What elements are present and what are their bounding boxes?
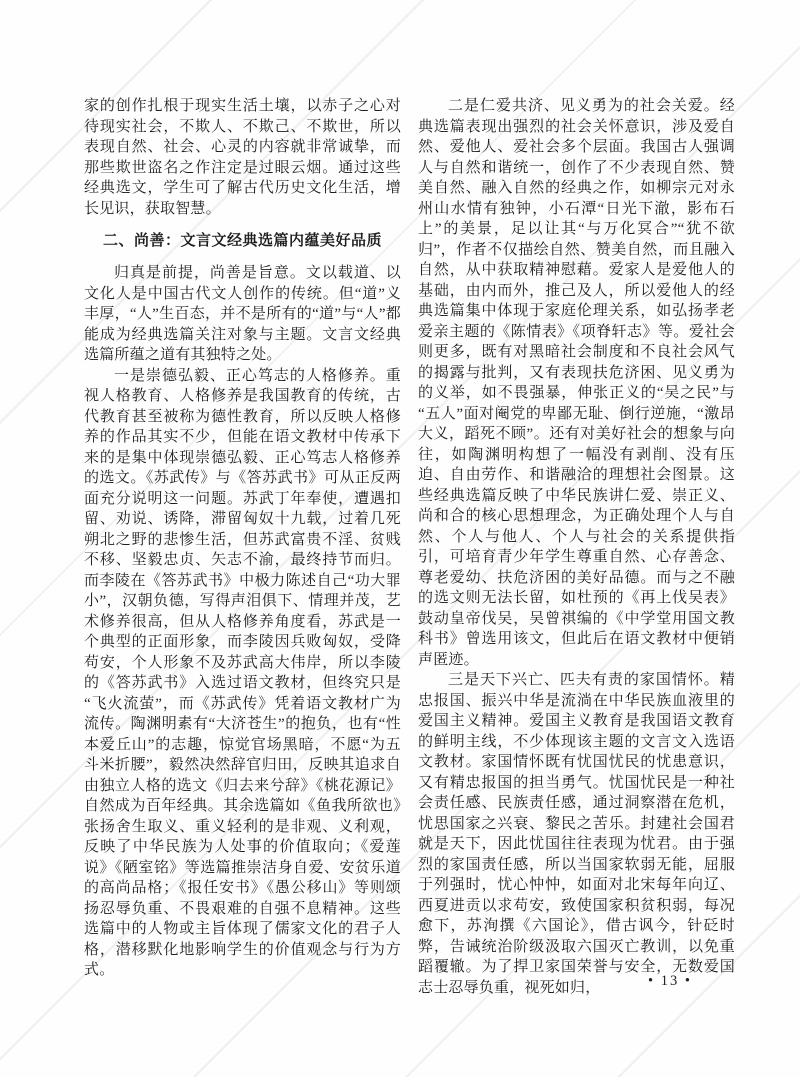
section-heading: 二、尚善：文言文经典选篇内蕴美好品质 xyxy=(84,230,401,252)
document-page: 家的创作扎根于现实生活土壤，以赤子之心对待现实社会，不欺人、不欺己、不欺世，所以… xyxy=(0,0,800,1077)
paragraph-point-three: 三是天下兴亡、匹夫有责的家国情怀。精忠报国、振兴中华是流淌在中华民族血液里的爱国… xyxy=(418,670,735,998)
paragraph-point-one: 一是崇德弘毅、正心笃志的人格修养。重视人格教育、人格修养是我国教育的传统，古代教… xyxy=(84,366,401,981)
page-number: • 13 • xyxy=(630,973,710,990)
paragraph-continuation: 家的创作扎根于现实生活土壤，以赤子之心对待现实社会，不欺人、不欺己、不欺世，所以… xyxy=(84,96,401,219)
paragraph-point-two: 二是仁爱共济、见义勇为的社会关爱。经典选篇表现出强烈的社会关怀意识，涉及爱自然、… xyxy=(418,96,735,670)
right-column: 二是仁爱共济、见义勇为的社会关爱。经典选篇表现出强烈的社会关怀意识，涉及爱自然、… xyxy=(418,96,735,998)
left-column: 家的创作扎根于现实生活土壤，以赤子之心对待现实社会，不欺人、不欺己、不欺世，所以… xyxy=(84,96,401,981)
paragraph-section-intro: 归真是前提，尚善是旨意。文以载道、以文化人是中国古代文人创作的传统。但“道”义丰… xyxy=(84,263,401,366)
